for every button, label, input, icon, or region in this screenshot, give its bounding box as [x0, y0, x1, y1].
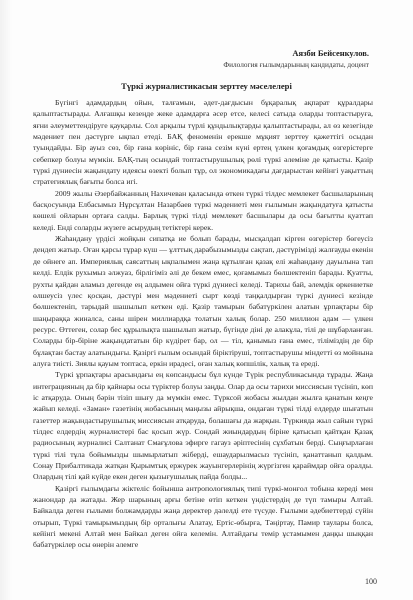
- author-title: Филология ғылымдарының кандидаты, доцент: [223, 59, 369, 70]
- author-name: Аязби Бейсенкулов.: [223, 48, 369, 59]
- article-body: Бүгінгі адамдардың ойын, талғамын, әдет-…: [33, 97, 373, 551]
- paragraph: Бүгінгі адамдардың ойын, талғамын, әдет-…: [33, 97, 373, 188]
- paragraph: Қазіргі ғылымдағы жіктеліс бойынша антро…: [33, 483, 373, 551]
- article-title: Түркі журналистикасын зерттеу мәселелері: [0, 81, 413, 91]
- document-page: Аязби Бейсенкулов. Филология ғылымдарыны…: [0, 0, 413, 600]
- page-number: 100: [365, 577, 377, 586]
- paragraph: 2009 жылы Әзербайжанның Нахичеван қаласы…: [33, 188, 373, 233]
- paragraph: Жаһандану үрдісі жойқын сипатқа ие болып…: [33, 233, 373, 369]
- paragraph: Түркі ұрпақтары арасындағы ең көпсандысы…: [33, 369, 373, 482]
- author-block: Аязби Бейсенкулов. Филология ғылымдарыны…: [223, 48, 369, 70]
